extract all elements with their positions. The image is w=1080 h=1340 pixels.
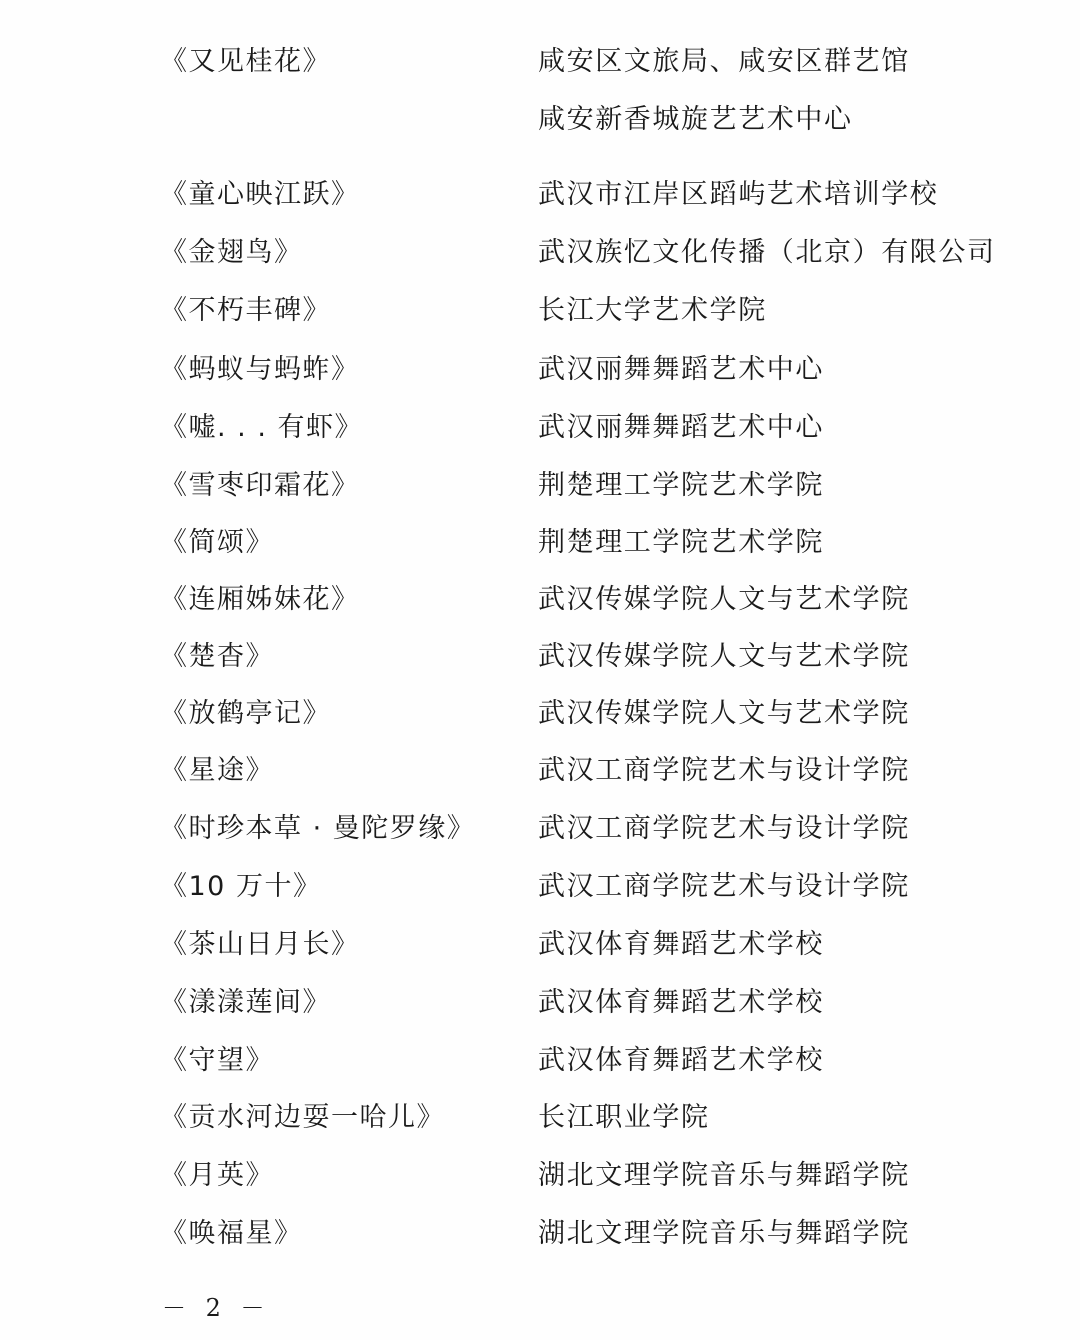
work-title: 《金翅鸟》 bbox=[160, 233, 303, 273]
work-title: 《漾漾莲间》 bbox=[160, 983, 331, 1023]
organization: 武汉工商学院艺术与设计学院 bbox=[538, 809, 910, 849]
entry-row: 《又见桂花》 咸安区文旅局、咸安区群艺馆 bbox=[0, 42, 1080, 82]
organization: 长江大学艺术学院 bbox=[538, 291, 767, 331]
organization: 武汉丽舞舞蹈艺术中心 bbox=[538, 408, 824, 448]
organization: 武汉体育舞蹈艺术学校 bbox=[538, 983, 824, 1023]
organization: 武汉市江岸区蹈屿艺术培训学校 bbox=[538, 175, 938, 215]
work-title: 《贡水河边耍一哈儿》 bbox=[160, 1098, 445, 1138]
organization: 武汉工商学院艺术与设计学院 bbox=[538, 867, 910, 907]
entry-row: 《月英》 湖北文理学院音乐与舞蹈学院 bbox=[0, 1156, 1080, 1196]
entry-row: 《贡水河边耍一哈儿》 长江职业学院 bbox=[0, 1098, 1080, 1138]
entry-row: 《放鹤亭记》 武汉传媒学院人文与艺术学院 bbox=[0, 694, 1080, 734]
work-title: 《放鹤亭记》 bbox=[160, 694, 331, 734]
entry-row: 《嘘. . . 有虾》 武汉丽舞舞蹈艺术中心 bbox=[0, 408, 1080, 448]
organization: 武汉传媒学院人文与艺术学院 bbox=[538, 637, 910, 677]
work-title: 《星途》 bbox=[160, 751, 274, 791]
work-title: 《10 万十》 bbox=[160, 867, 321, 907]
work-title: 《楚杳》 bbox=[160, 637, 274, 677]
organization: 长江职业学院 bbox=[538, 1098, 710, 1138]
entry-row: 《唤福星》 湖北文理学院音乐与舞蹈学院 bbox=[0, 1214, 1080, 1254]
entry-row: 《漾漾莲间》 武汉体育舞蹈艺术学校 bbox=[0, 983, 1080, 1023]
organization: 湖北文理学院音乐与舞蹈学院 bbox=[538, 1214, 910, 1254]
organization: 荆楚理工学院艺术学院 bbox=[538, 466, 824, 506]
entry-row: 《童心映江跃》 武汉市江岸区蹈屿艺术培训学校 bbox=[0, 175, 1080, 215]
page-number: － 2 － bbox=[162, 1290, 271, 1326]
entry-row: 《10 万十》 武汉工商学院艺术与设计学院 bbox=[0, 867, 1080, 907]
entry-row: 《不朽丰碑》 长江大学艺术学院 bbox=[0, 291, 1080, 331]
work-title: 《唤福星》 bbox=[160, 1214, 303, 1254]
work-title: 《茶山日月长》 bbox=[160, 925, 360, 965]
entry-row: 《蚂蚁与蚂蚱》 武汉丽舞舞蹈艺术中心 bbox=[0, 350, 1080, 390]
work-title: 《守望》 bbox=[160, 1041, 274, 1081]
entry-row: 《楚杳》 武汉传媒学院人文与艺术学院 bbox=[0, 637, 1080, 677]
entry-row-continuation: 咸安新香城旋艺艺术中心 bbox=[0, 100, 1080, 140]
organization: 武汉体育舞蹈艺术学校 bbox=[538, 925, 824, 965]
organization: 湖北文理学院音乐与舞蹈学院 bbox=[538, 1156, 910, 1196]
work-title: 《连厢姊妹花》 bbox=[160, 580, 360, 620]
organization: 武汉丽舞舞蹈艺术中心 bbox=[538, 350, 824, 390]
entry-row: 《星途》 武汉工商学院艺术与设计学院 bbox=[0, 751, 1080, 791]
organization: 武汉传媒学院人文与艺术学院 bbox=[538, 580, 910, 620]
entry-row: 《守望》 武汉体育舞蹈艺术学校 bbox=[0, 1041, 1080, 1081]
work-title: 《嘘. . . 有虾》 bbox=[160, 408, 363, 448]
organization: 武汉体育舞蹈艺术学校 bbox=[538, 1041, 824, 1081]
work-title: 《雪枣印霜花》 bbox=[160, 466, 360, 506]
entry-row: 《连厢姊妹花》 武汉传媒学院人文与艺术学院 bbox=[0, 580, 1080, 620]
entry-row: 《雪枣印霜花》 荆楚理工学院艺术学院 bbox=[0, 466, 1080, 506]
work-title: 《蚂蚁与蚂蚱》 bbox=[160, 350, 360, 390]
organization: 咸安新香城旋艺艺术中心 bbox=[538, 100, 853, 140]
entry-row: 《简颂》 荆楚理工学院艺术学院 bbox=[0, 523, 1080, 563]
work-title: 《童心映江跃》 bbox=[160, 175, 360, 215]
organization: 武汉工商学院艺术与设计学院 bbox=[538, 751, 910, 791]
entry-row: 《茶山日月长》 武汉体育舞蹈艺术学校 bbox=[0, 925, 1080, 965]
organization: 咸安区文旅局、咸安区群艺馆 bbox=[538, 42, 910, 82]
entry-row: 《时珍本草 · 曼陀罗缘》 武汉工商学院艺术与设计学院 bbox=[0, 809, 1080, 849]
entry-row: 《金翅鸟》 武汉族忆文化传播（北京）有限公司 bbox=[0, 233, 1080, 273]
organization: 荆楚理工学院艺术学院 bbox=[538, 523, 824, 563]
work-title: 《月英》 bbox=[160, 1156, 274, 1196]
work-title: 《不朽丰碑》 bbox=[160, 291, 331, 331]
work-title: 《又见桂花》 bbox=[160, 42, 331, 82]
organization: 武汉传媒学院人文与艺术学院 bbox=[538, 694, 910, 734]
organization: 武汉族忆文化传播（北京）有限公司 bbox=[538, 233, 996, 273]
document-page: 《又见桂花》 咸安区文旅局、咸安区群艺馆 咸安新香城旋艺艺术中心 《童心映江跃》… bbox=[0, 0, 1080, 1340]
work-title: 《简颂》 bbox=[160, 523, 274, 563]
work-title: 《时珍本草 · 曼陀罗缘》 bbox=[160, 809, 475, 849]
